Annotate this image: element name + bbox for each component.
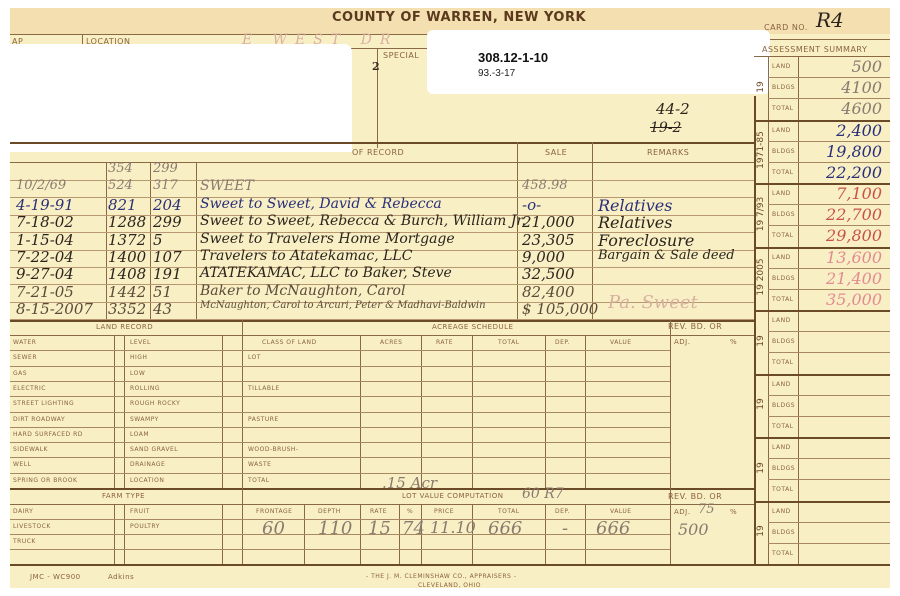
row-divider <box>10 457 670 458</box>
form-code: JMC - WC900 <box>30 573 81 581</box>
deed-liber: 1442 <box>108 283 146 301</box>
deed-date: 8-15-2007 <box>16 300 93 318</box>
farm-type-title: FARM TYPE <box>102 492 145 500</box>
row-divider <box>768 331 890 332</box>
assessment-total-label: TOTAL <box>772 359 794 366</box>
deed-remarks: Relatives <box>598 196 672 215</box>
terrain-label: SWAMPY <box>130 416 159 423</box>
terrain-label: LOAM <box>130 431 149 438</box>
land-record-title: LAND RECORD <box>96 323 153 331</box>
faint-signature: Pa. Sweet <box>608 292 698 313</box>
assessment-land-value: 500 <box>851 57 882 76</box>
deed-parties: Travelers to Atatekamac, LLC <box>200 248 412 264</box>
assessment-bldgs-label: BLDGS <box>772 402 795 409</box>
utility-label: SIDEWALK <box>13 446 48 453</box>
land-class-label: LOT <box>248 354 261 361</box>
divider <box>10 564 754 566</box>
assessment-land-value: 13,600 <box>826 248 882 267</box>
card-no-label: CARD NO. <box>764 23 808 32</box>
terrain-label: ROLLING <box>130 385 160 392</box>
land-class-label: PASTURE <box>248 416 279 423</box>
card-no-value: R4 <box>816 8 844 32</box>
assessment-land-label: LAND <box>772 63 791 70</box>
deed-sale-price: 21,000 <box>522 213 575 231</box>
col-lot-total: TOTAL <box>498 508 520 515</box>
property-record-card: COUNTY OF WARREN, NEW YORK CARD NO. R4 A… <box>10 8 890 588</box>
row-divider <box>10 381 670 382</box>
row-divider <box>768 416 890 417</box>
deed-liber: 1288 <box>108 213 146 231</box>
divider <box>10 335 754 336</box>
farm-type-label: POULTRY <box>130 523 160 530</box>
col-acres: ACRES <box>380 339 402 346</box>
assessment-year-label: 19 2005 <box>756 252 766 302</box>
assessment-total-value: 35,000 <box>826 290 882 309</box>
assessment-total-value: 4600 <box>841 99 882 118</box>
deed-liber: 354 <box>108 161 133 176</box>
assessment-total-label: TOTAL <box>772 169 794 176</box>
col-rate: RATE <box>436 339 453 346</box>
divider <box>106 162 107 320</box>
divider <box>754 39 890 40</box>
terrain-label: LOW <box>130 370 145 377</box>
row-divider <box>10 396 670 397</box>
terrain-label: LOCATION <box>130 477 164 484</box>
assessment-bldgs-value: 22,700 <box>826 205 882 224</box>
row-divider <box>768 395 890 396</box>
col-frontage: FRONTAGE <box>256 508 292 515</box>
farm-type-label: DAIRY <box>13 508 33 515</box>
farm-type-label: FRUIT <box>130 508 150 515</box>
assessment-land-label: LAND <box>772 381 791 388</box>
farm-type-label: LIVESTOCK <box>13 523 51 530</box>
old-parcel-id: 93.-3-17 <box>478 68 515 79</box>
redacted-owner-area <box>10 116 348 152</box>
parcel-id: 308.12-1-10 <box>478 50 548 65</box>
col-pct: % <box>407 508 413 515</box>
assessment-land-label: LAND <box>772 444 791 451</box>
lot-value-title: LOT VALUE COMPUTATION <box>402 492 503 500</box>
row-divider <box>768 522 890 523</box>
lot-value-value: 666 <box>596 518 630 539</box>
special-number: 2 <box>372 60 380 73</box>
row-divider <box>10 350 670 351</box>
divider <box>196 162 197 320</box>
divider <box>242 488 243 564</box>
lot-total-value: 666 <box>488 518 522 539</box>
assessment-year-label: 19 <box>756 516 766 546</box>
adj-label-2: ADJ. <box>674 508 690 516</box>
assessment-year-label: 19 <box>756 72 766 102</box>
assessment-bldgs-value: 4100 <box>841 78 882 97</box>
divider <box>10 488 754 490</box>
deed-parties: Baker to McNaughton, Carol <box>200 283 405 299</box>
deed-sale-price: 82,400 <box>522 283 575 301</box>
assessment-land-label: LAND <box>772 317 791 324</box>
terrain-label: LEVEL <box>130 339 151 346</box>
rate-value: 15 <box>368 518 391 539</box>
deed-sale-price: 23,305 <box>522 231 575 249</box>
company-city: CLEVELAND, OHIO <box>418 582 481 589</box>
divider <box>10 504 754 505</box>
record-header: OF RECORD <box>352 148 404 157</box>
divider <box>150 162 151 320</box>
pct-value: 74 <box>402 518 425 539</box>
utility-label: WELL <box>13 461 31 468</box>
assessment-bldgs-label: BLDGS <box>772 148 795 155</box>
deed-page: 5 <box>153 231 163 249</box>
deed-liber: 1400 <box>108 248 146 266</box>
deed-parties: SWEET <box>200 178 254 194</box>
divider <box>242 320 243 488</box>
assessment-year-label: 19 <box>756 326 766 356</box>
row-divider <box>10 519 670 520</box>
printer-name: Adkins <box>108 573 134 581</box>
block-divider <box>754 437 890 439</box>
deed-sale-price: $ 105,000 <box>522 300 598 318</box>
deed-liber: 1372 <box>108 231 146 249</box>
deed-date: 9-27-04 <box>16 265 74 283</box>
deed-date: 7-18-02 <box>16 213 74 231</box>
lot-dep-value: - <box>562 518 568 539</box>
depth-value: 110 <box>318 518 352 539</box>
row-divider <box>768 352 890 353</box>
row-divider <box>10 442 670 443</box>
col-lot-rate: RATE <box>370 508 387 515</box>
row-divider <box>10 549 670 550</box>
reference-number: 44-2 <box>656 100 690 118</box>
block-divider <box>754 310 890 312</box>
block-divider <box>754 564 890 566</box>
assessment-total-label: TOTAL <box>772 550 794 557</box>
divider <box>592 142 593 320</box>
land-class-label: WOOD-BRUSH- <box>248 446 299 453</box>
deed-liber: 524 <box>108 178 133 193</box>
assessment-year-label: 19 <box>756 389 766 419</box>
adj-pct-value: 75 <box>698 502 715 517</box>
utility-label: DIRT ROADWAY <box>13 416 65 423</box>
deed-sale-price: -o- <box>522 196 541 214</box>
assessment-bldgs-label: BLDGS <box>772 211 795 218</box>
assessment-bldgs-value: 21,400 <box>826 269 882 288</box>
row-divider <box>768 543 890 544</box>
deed-page: 317 <box>153 178 178 193</box>
utility-label: WATER <box>13 339 36 346</box>
assessment-total-label: TOTAL <box>772 296 794 303</box>
divider <box>670 488 671 564</box>
reference-number-struck: 19-2 <box>650 120 681 136</box>
assessment-land-label: LAND <box>772 190 791 197</box>
assessment-bldgs-label: BLDGS <box>772 275 795 282</box>
pct-label: % <box>730 338 737 346</box>
pct-label-2: % <box>730 508 737 516</box>
assessment-land-label: LAND <box>772 254 791 261</box>
deed-remarks: Foreclosure <box>598 231 694 250</box>
assessment-year-label: 19 7/93 <box>756 189 766 239</box>
assessment-land-value: 2,400 <box>836 121 882 140</box>
col-lot-dep: DEP. <box>555 508 570 515</box>
deed-page: 299 <box>153 213 182 231</box>
deed-date: 4-19-91 <box>16 196 74 214</box>
deed-page: 204 <box>153 196 182 214</box>
divider <box>670 320 671 488</box>
col-total: TOTAL <box>498 339 520 346</box>
deed-parties: ATATEKAMAC, LLC to Baker, Steve <box>200 265 452 281</box>
adj-label: ADJ. <box>674 338 690 346</box>
rev-bd-label-2: REV. BD. OR <box>668 492 722 501</box>
deed-date: 10/2/69 <box>16 178 66 193</box>
deed-date: 7-22-04 <box>16 248 74 266</box>
adj-value: 500 <box>678 520 709 539</box>
card-title: COUNTY OF WARREN, NEW YORK <box>332 10 586 25</box>
terrain-label: ROUGH ROCKY <box>130 400 180 407</box>
rev-bd-label: REV. BD. OR <box>668 322 722 331</box>
sale-header: SALE <box>545 148 567 157</box>
row-divider <box>768 479 890 480</box>
col-value: VALUE <box>610 339 632 346</box>
row-divider <box>768 458 890 459</box>
block-divider <box>754 501 890 503</box>
terrain-label: SAND GRAVEL <box>130 446 178 453</box>
deed-page: 299 <box>153 161 178 176</box>
deed-parties: Sweet to Sweet, Rebecca & Burch, William… <box>200 213 526 229</box>
row-divider <box>10 412 670 413</box>
remarks-header: REMARKS <box>647 148 689 157</box>
utility-label: ELECTRIC <box>13 385 46 392</box>
assessment-total-value: 29,800 <box>826 226 882 245</box>
deed-liber: 3352 <box>108 300 146 318</box>
col-depth: DEPTH <box>318 508 341 515</box>
deed-page: 107 <box>153 248 182 266</box>
lot-value-note: 60 R7 <box>522 486 564 502</box>
deed-sale-price: 458.98 <box>522 178 568 193</box>
col-price: PRICE <box>434 508 454 515</box>
row-divider <box>10 366 670 367</box>
deed-parties: McNaughton, Carol to Arcuri, Peter & Mad… <box>200 300 486 311</box>
deed-date: 1-15-04 <box>16 231 74 249</box>
assessment-land-label: LAND <box>772 127 791 134</box>
assessment-total-label: TOTAL <box>772 105 794 112</box>
farm-type-label: TRUCK <box>13 538 36 545</box>
assessment-bldgs-label: BLDGS <box>772 465 795 472</box>
block-divider <box>754 374 890 376</box>
col-class-of-land: CLASS OF LAND <box>262 339 317 346</box>
company-name: - THE J. M. CLEMINSHAW CO., APPRAISERS - <box>366 573 516 580</box>
land-class-label: TOTAL <box>248 477 270 484</box>
utility-label: HARD SURFACED RD <box>13 431 83 438</box>
utility-label: STREET LIGHTING <box>13 400 74 407</box>
deed-sale-price: 9,000 <box>522 248 565 266</box>
land-class-label: TILLABLE <box>248 385 280 392</box>
row-divider <box>10 534 670 535</box>
assessment-total-label: TOTAL <box>772 423 794 430</box>
deed-parties: Sweet to Travelers Home Mortgage <box>200 231 455 247</box>
deed-liber: 821 <box>108 196 137 214</box>
utility-label: GAS <box>13 370 27 377</box>
row-divider <box>10 473 670 474</box>
assessment-bldgs-value: 19,800 <box>826 142 882 161</box>
terrain-label: HIGH <box>130 354 147 361</box>
assessment-total-label: TOTAL <box>772 486 794 493</box>
deed-page: 191 <box>153 265 182 283</box>
assessment-land-value: 7,100 <box>836 184 882 203</box>
terrain-label: DRAINAGE <box>130 461 165 468</box>
row-divider <box>10 427 670 428</box>
utility-label: SPRING OR BROOK <box>13 477 77 484</box>
deed-page: 51 <box>153 283 172 301</box>
divider <box>10 320 754 322</box>
assessment-bldgs-label: BLDGS <box>772 338 795 345</box>
assessment-year-label: 1971-85 <box>756 125 766 175</box>
deed-page: 43 <box>153 300 172 318</box>
deed-date: 7-21-05 <box>16 283 74 301</box>
acreage-schedule-title: ACREAGE SCHEDULE <box>432 323 513 331</box>
utility-label: SEWER <box>13 354 37 361</box>
divider <box>517 142 518 320</box>
assessment-bldgs-label: BLDGS <box>772 529 795 536</box>
special-label: SPECIAL <box>383 51 419 60</box>
deed-parties: Sweet to Sweet, David & Rebecca <box>200 196 442 212</box>
assessment-land-label: LAND <box>772 508 791 515</box>
assessment-total-label: TOTAL <box>772 232 794 239</box>
assessment-summary-title: ASSESSMENT SUMMARY <box>762 45 867 54</box>
land-class-label: WASTE <box>248 461 271 468</box>
col-dep: DEP. <box>555 339 570 346</box>
divider <box>10 142 754 144</box>
deed-sale-price: 32,500 <box>522 265 575 283</box>
assessment-bldgs-label: BLDGS <box>772 84 795 91</box>
deed-liber: 1408 <box>108 265 146 283</box>
assessment-total-value: 22,200 <box>826 163 882 182</box>
frontage-value: 60 <box>262 518 285 539</box>
col-lot-value: VALUE <box>610 508 632 515</box>
deed-remarks: Relatives <box>598 213 672 232</box>
deed-remarks: Bargain & Sale deed <box>598 248 735 263</box>
assessment-year-label: 19 <box>756 453 766 483</box>
